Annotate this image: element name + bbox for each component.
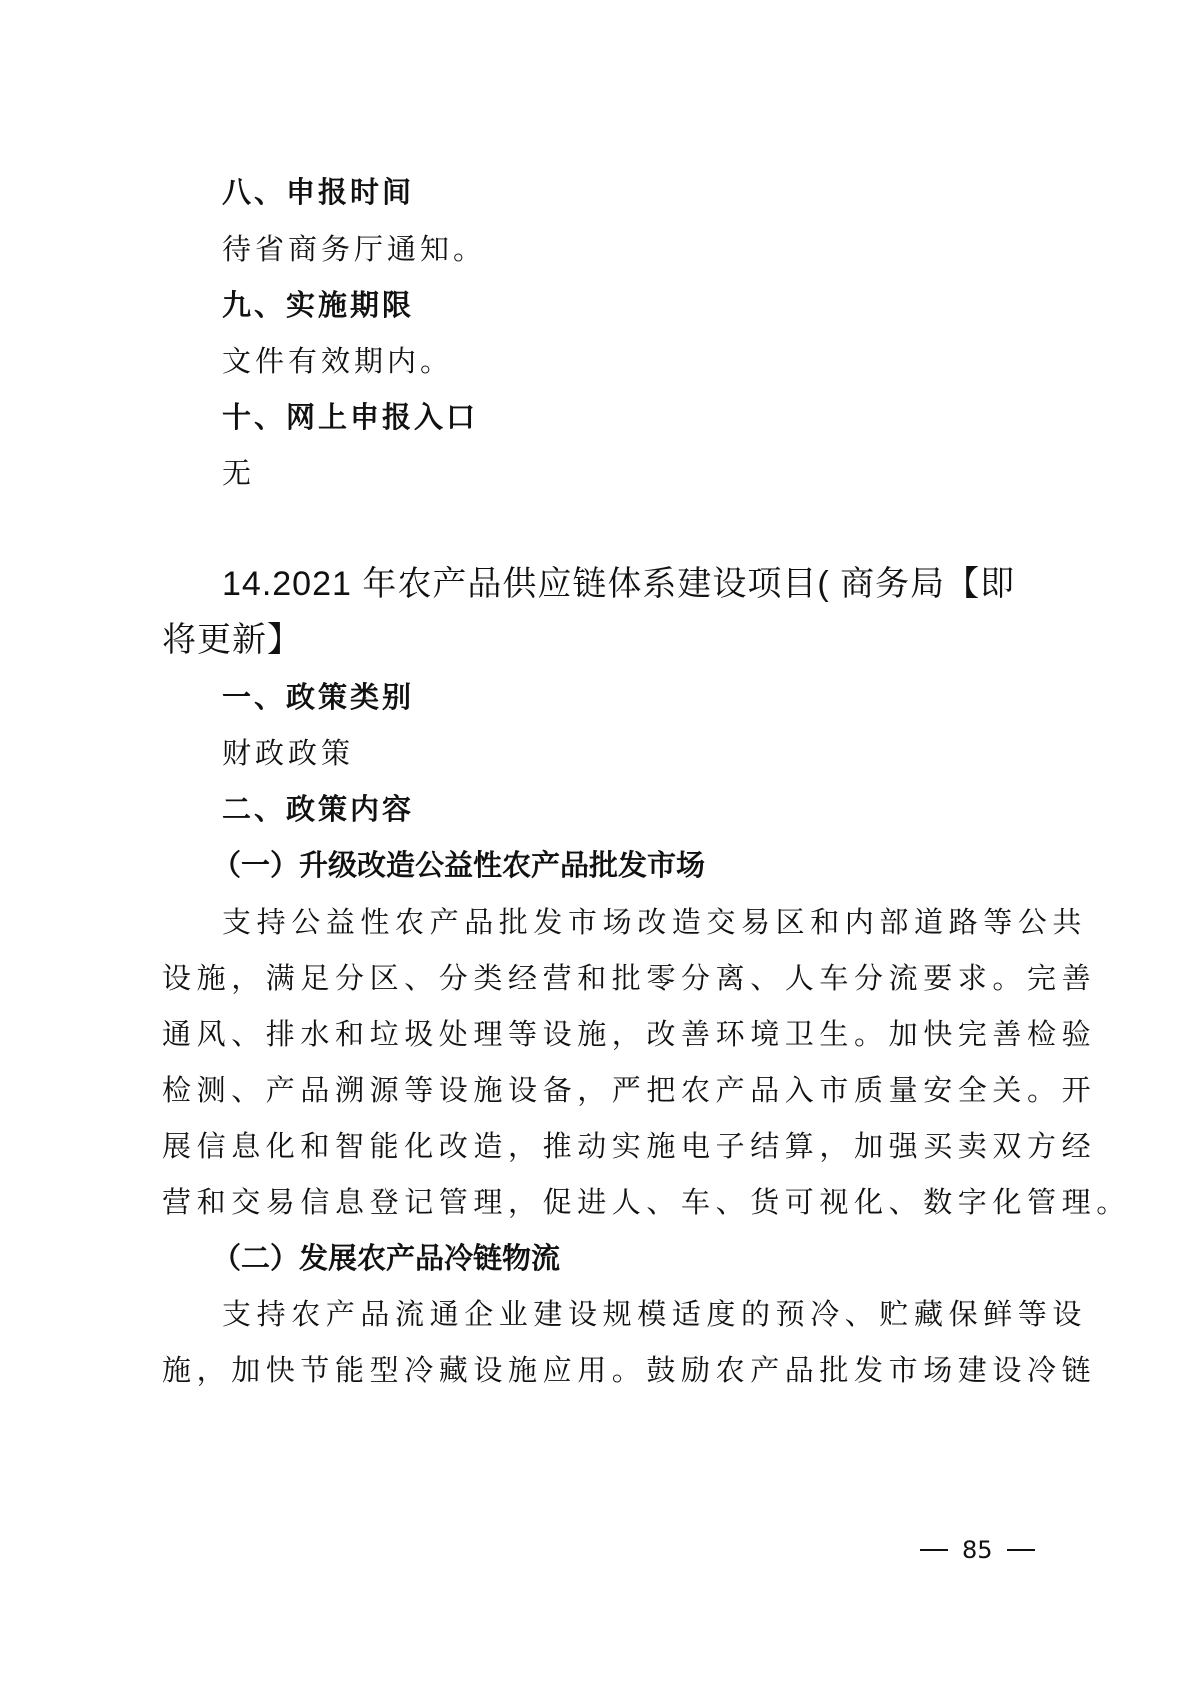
- item-title-line-1: 14.2021 年农产品供应链体系建设项目( 商务局【即: [222, 562, 1102, 606]
- paragraph-line: 支持农产品流通企业建设规模适度的预冷、贮藏保鲜等设: [222, 1294, 1102, 1334]
- item-title-line-2: 将更新】: [162, 618, 1042, 662]
- section-heading-implementation-period: 九、实施期限: [222, 285, 1102, 325]
- paragraph-line: 展信息化和智能化改造，推动实施电子结算，加强买卖双方经: [162, 1126, 1042, 1166]
- section-heading-application-time: 八、申报时间: [222, 172, 1102, 212]
- paragraph-line: 设施，满足分区、分类经营和批零分离、人车分流要求。完善: [162, 958, 1042, 998]
- subsection-heading-wholesale-market: （一）升级改造公益性农产品批发市场: [212, 845, 1092, 885]
- paragraph-line: 检测、产品溯源等设施设备，严把农产品入市质量安全关。开: [162, 1070, 1042, 1110]
- dash-right: [1007, 1549, 1035, 1551]
- section-heading-policy-category: 一、政策类别: [222, 677, 1102, 717]
- section-content-application-time: 待省商务厅通知。: [222, 229, 1102, 269]
- paragraph-line: 营和交易信息登记管理，促进人、车、货可视化、数字化管理。: [162, 1182, 1042, 1222]
- section-content-implementation-period: 文件有效期内。: [222, 341, 1102, 381]
- subsection-heading-cold-chain: （二）发展农产品冷链物流: [212, 1238, 1092, 1278]
- page-number-value: 85: [962, 1536, 993, 1564]
- paragraph-line: 支持公益性农产品批发市场改造交易区和内部道路等公共: [222, 902, 1102, 942]
- dash-left: [920, 1549, 948, 1551]
- paragraph-line: 施，加快节能型冷藏设施应用。鼓励农产品批发市场建设冷链: [162, 1350, 1042, 1390]
- page-number: 85: [920, 1536, 1035, 1564]
- section-content-policy-category: 财政政策: [222, 733, 1102, 773]
- section-heading-online-entry: 十、网上申报入口: [222, 397, 1102, 437]
- section-content-online-entry: 无: [222, 453, 1102, 493]
- document-page: 八、申报时间 待省商务厅通知。 九、实施期限 文件有效期内。 十、网上申报入口 …: [0, 0, 1190, 1683]
- paragraph-line: 通风、排水和垃圾处理等设施，改善环境卫生。加快完善检验: [162, 1014, 1042, 1054]
- section-heading-policy-content: 二、政策内容: [222, 789, 1102, 829]
